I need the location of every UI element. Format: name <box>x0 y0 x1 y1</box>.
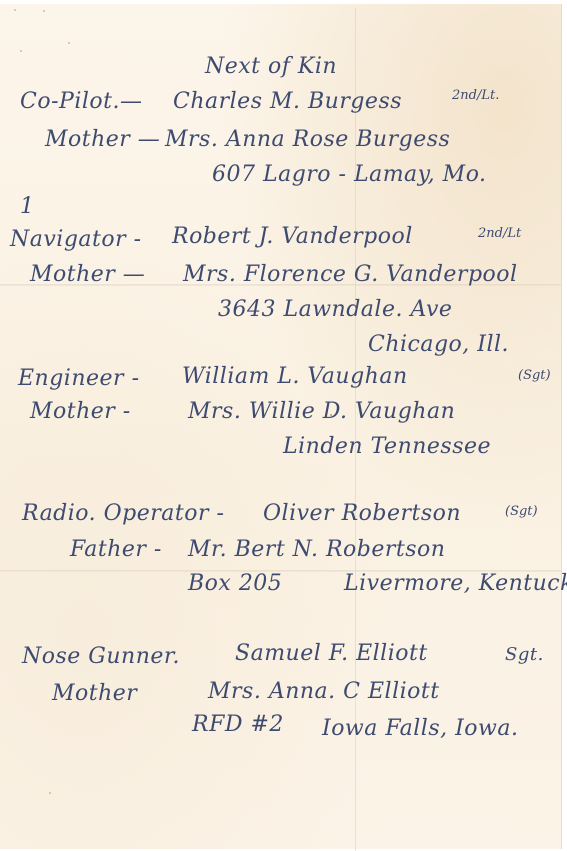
crew-name: Samuel F. Elliott <box>235 641 428 666</box>
kin-name: Mrs. Florence G. Vanderpool <box>183 262 518 287</box>
crew-name: Charles M. Burgess <box>173 89 402 114</box>
paper-speck <box>14 9 16 11</box>
kin-relation: Father - <box>70 537 162 562</box>
kin-name: Mr. Bert N. Robertson <box>188 537 445 562</box>
crew-role: Radio. Operator - <box>22 501 224 526</box>
kin-address: 3643 Lawndale. Ave <box>218 297 452 322</box>
paper-speck <box>43 10 45 12</box>
crew-role: Nose Gunner. <box>22 644 180 669</box>
crew-name: Robert J. Vanderpool <box>172 224 413 249</box>
kin-address: Chicago, Ill. <box>368 332 509 357</box>
kin-name: Mrs. Anna Rose Burgess <box>165 127 450 152</box>
kin-address: Livermore, Kentucky <box>344 571 567 596</box>
kin-relation: Mother <box>52 681 137 706</box>
document-title: Next of Kin <box>205 54 337 79</box>
crew-role: Navigator - <box>10 227 142 252</box>
kin-address: Iowa Falls, Iowa. <box>322 716 519 741</box>
kin-name: Mrs. Willie D. Vaughan <box>188 399 455 424</box>
kin-name: Mrs. Anna. C Elliott <box>208 679 440 704</box>
crew-rank: 2nd/Lt. <box>452 88 499 103</box>
kin-address: 607 Lagro - Lamay, Mo. <box>212 162 487 187</box>
crew-name: William L. Vaughan <box>182 364 408 389</box>
kin-address: Linden Tennessee <box>283 434 491 459</box>
crew-rank: 2nd/Lt <box>478 226 521 241</box>
crew-name: Oliver Robertson <box>263 501 461 526</box>
crew-role: Co-Pilot.— <box>20 89 142 114</box>
crew-role: Engineer - <box>18 366 140 391</box>
crew-rank: (Sgt) <box>518 368 551 383</box>
stray-mark: 1 <box>20 194 35 219</box>
crew-rank: (Sgt) <box>505 504 538 519</box>
kin-address: RFD #2 <box>192 712 284 737</box>
paper-speck <box>68 42 70 44</box>
kin-address: Box 205 <box>188 571 282 596</box>
paper-speck <box>20 50 22 52</box>
kin-relation: Mother — <box>30 262 145 287</box>
kin-relation: Mother - <box>30 399 131 424</box>
kin-relation: Mother — <box>45 127 160 152</box>
paper-speck <box>49 792 51 794</box>
paper-sheet: Next of Kin Co-Pilot.— Charles M. Burges… <box>0 4 562 849</box>
crew-rank: Sgt. <box>505 644 544 665</box>
